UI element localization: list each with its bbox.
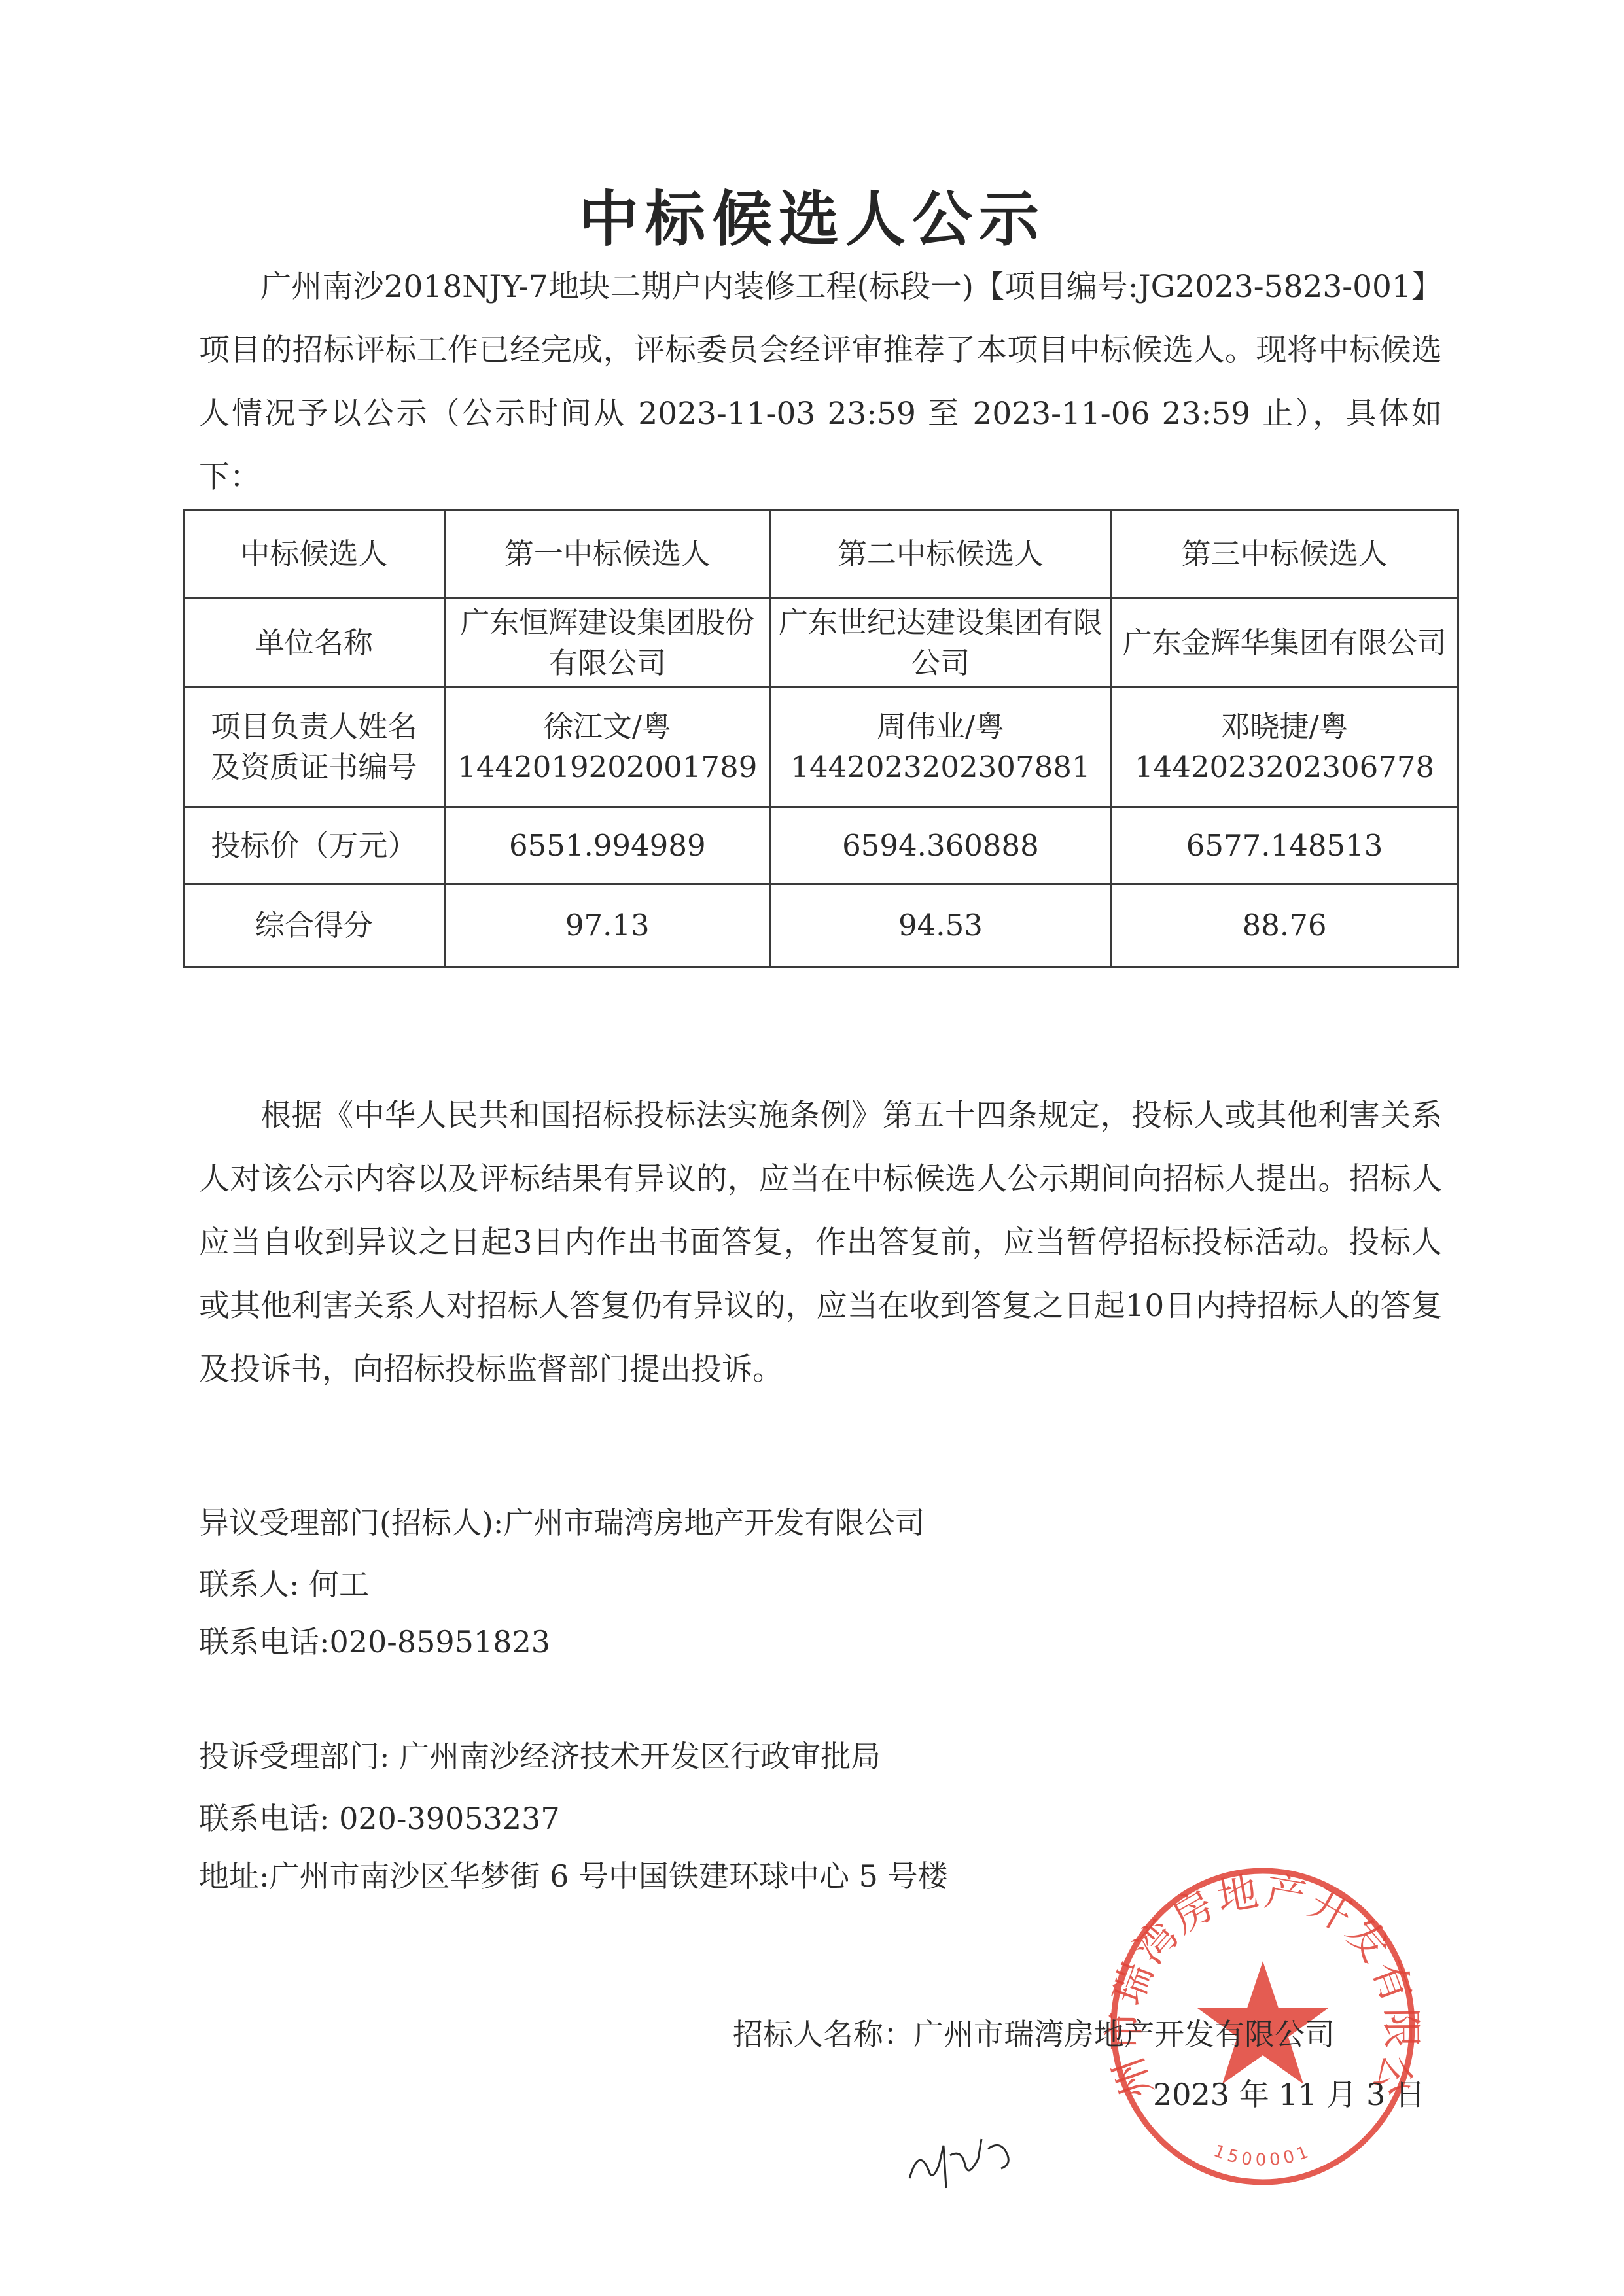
table-header-row: 中标候选人 第一中标候选人 第二中标候选人 第三中标候选人: [184, 510, 1458, 599]
table-cell: 6594.360888: [770, 807, 1110, 884]
pm-name: 邓晓捷/粤: [1116, 706, 1453, 747]
svg-text:1500001: 1500001: [1211, 2141, 1315, 2170]
pm-cert: 1442023202307881: [775, 747, 1106, 788]
table-cell: 广东世纪达建设集团有限公司: [770, 599, 1110, 687]
table-row: 单位名称 广东恒辉建设集团股份有限公司 广东世纪达建设集团有限公司 广东金辉华集…: [184, 599, 1458, 687]
table-row: 投标价（万元） 6551.994989 6594.360888 6577.148…: [184, 807, 1458, 884]
table-cell: 6551.994989: [444, 807, 770, 884]
table-cell: 邓晓捷/粤 1442023202306778: [1111, 687, 1458, 807]
pm-name: 徐江文/粤: [450, 706, 766, 747]
table-header-cell: 第二中标候选人: [770, 510, 1110, 599]
table-header-cell: 第三中标候选人: [1111, 510, 1458, 599]
table-cell: 广东金辉华集团有限公司: [1111, 599, 1458, 687]
table-cell: 6577.148513: [1111, 807, 1458, 884]
intro-paragraph: 广州南沙2018NJY-7地块二期户内装修工程(标段一)【项目编号:JG2023…: [199, 255, 1442, 509]
document-page: 中标候选人公示 广州南沙2018NJY-7地块二期户内装修工程(标段一)【项目编…: [0, 0, 1624, 2296]
table-cell: 广东恒辉建设集团股份有限公司: [444, 599, 770, 687]
signer-name: 招标人名称：广州市瑞湾房地产开发有限公司: [733, 2011, 1335, 2054]
candidate-table: 中标候选人 第一中标候选人 第二中标候选人 第三中标候选人 单位名称 广东恒辉建…: [183, 509, 1459, 968]
table-header-cell: 中标候选人: [184, 510, 445, 599]
table-cell: 周伟业/粤 1442023202307881: [770, 687, 1110, 807]
row-label: 项目负责人姓名及资质证书编号: [184, 687, 445, 807]
pm-cert: 1442023202306778: [1116, 747, 1453, 788]
row-label: 综合得分: [184, 884, 445, 967]
row-label: 单位名称: [184, 599, 445, 687]
objection-contact: 联系人: 何工: [199, 1565, 369, 1604]
complaint-phone: 联系电话: 020-39053237: [199, 1799, 560, 1838]
sign-date: 2023 年 11 月 3 日: [1153, 2071, 1425, 2114]
objection-dept: 异议受理部门(招标人):广州市瑞湾房地产开发有限公司: [199, 1503, 925, 1542]
pm-cert: 1442019202001789: [450, 747, 766, 788]
complaint-dept: 投诉受理部门: 广州南沙经济技术开发区行政审批局: [199, 1737, 881, 1776]
pm-name: 周伟业/粤: [775, 706, 1106, 747]
table-cell: 97.13: [444, 884, 770, 967]
complaint-address: 地址:广州市南沙区华梦街 6 号中国铁建环球中心 5 号楼: [199, 1856, 948, 1896]
row-label: 投标价（万元）: [184, 807, 445, 884]
table-cell: 88.76: [1111, 884, 1458, 967]
handwritten-signature-icon: [903, 2126, 1034, 2191]
table-cell: 徐江文/粤 1442019202001789: [444, 687, 770, 807]
table-row: 项目负责人姓名及资质证书编号 徐江文/粤 1442019202001789 周伟…: [184, 687, 1458, 807]
table-header-cell: 第一中标候选人: [444, 510, 770, 599]
table-cell: 94.53: [770, 884, 1110, 967]
law-paragraph: 根据《中华人民共和国招标投标法实施条例》第五十四条规定，投标人或其他利害关系人对…: [199, 1084, 1442, 1401]
objection-phone: 联系电话:020-85951823: [199, 1622, 550, 1661]
table-row: 综合得分 97.13 94.53 88.76: [184, 884, 1458, 967]
page-title: 中标候选人公示: [0, 171, 1624, 258]
